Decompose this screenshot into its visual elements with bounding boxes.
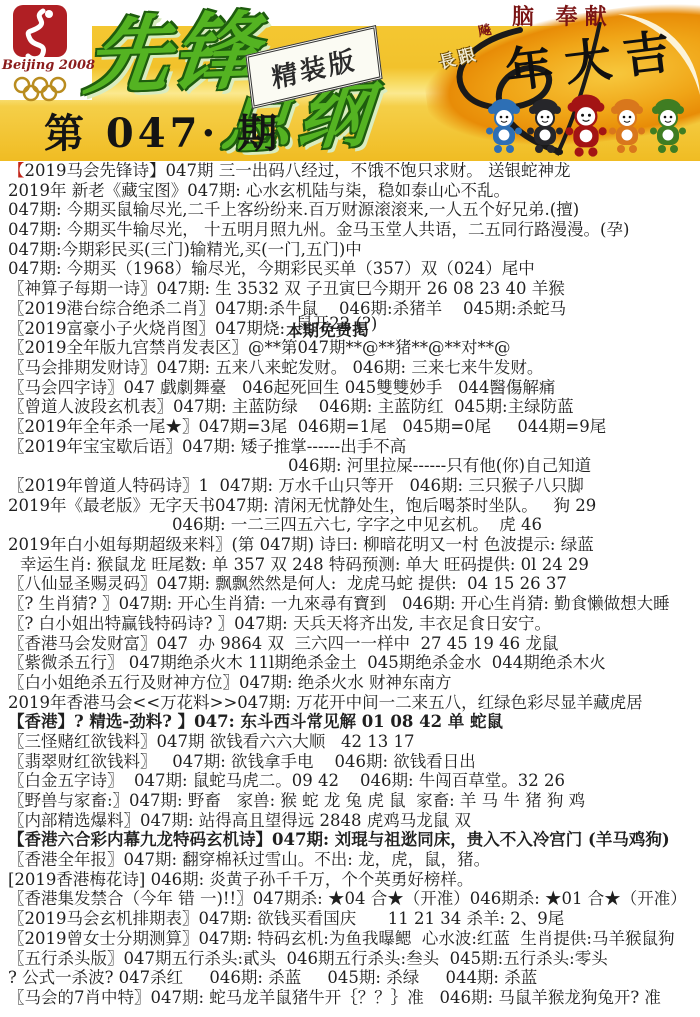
bulletin-line: 〖2019年宝宝歇后语〗047期: 矮子推掌------出手不高 [0,437,700,457]
yingying-orange-mascot [609,98,645,160]
bulletin-line: ? 公式一杀波? 047杀红 046期: 杀蓝 045期: 杀绿 044期: 杀… [0,968,700,988]
jingjing-panda-mascot [527,98,563,160]
bulletin-line: 【香港】? 精选-劲料? 】047: 东斗西斗常见解 01 08 42 单 蛇鼠 [0,712,700,732]
bulletin-line: 2019年白小姐每期超级来料〗(第 047期) 诗曰: 柳暗花明又一村 色波提示… [0,535,700,555]
bulletin-line: 〖三怪赌红欲钱料〗047期 欲钱看六六大顺 42 13 17 [0,732,700,752]
bulletin-line: 046期: 河里拉屎------只有他(你)自己知道 [0,456,700,476]
bulletin-line: 〖马会四字诗〗047 戯劇舞臺 046起死回生 045雙雙妙手 044醫傷解痛 [0,378,700,398]
bulletin-line: 幸运生肖: 猴鼠龙 旺尾数: 单 357 双 248 特码预测: 单大 旺码提供… [0,555,700,575]
bulletin-line: 〖马会的7肖中特〗047期: 蛇马龙羊鼠猪牛开｛？？｝准 046期: 马鼠羊猴龙… [0,988,700,1008]
bulletin-line: 〖神算子每期一诗〗047期: 生 3532 双 子丑寅巳今期开 26 08 23… [0,279,700,299]
bulletin-body: 【2019马会先锋诗】047期 三一出码八经过，不饿不饱只求财。 送银蛇神龙20… [0,161,700,1008]
bulletin-line: 【香港六合彩内幕九龙特码玄机诗】047期: 刘琨与祖逖同床，贵入不入冷宫门 (羊… [0,830,700,850]
bulletin-line: 〖2019全年版九宫禁肖发表区〗@**第047期**@**猪**@**对**@ [0,338,700,358]
top-right-slogan: 脑 奉献 [512,0,614,31]
bulletin-line: 〖? 生肖猜? 〗047期: 开心生肖猜: 一九來尋有寶到 046期: 开心生肖… [0,594,700,614]
bulletin-line: 047期:今期彩民买(三门)输精光,买(一门,五门)中 [0,240,700,260]
bulletin-line: 047期: 今期买牛输尽光， 十五明月照九州。金马玉堂人共语，二五同行路漫漫。(… [0,220,700,240]
bulletin-line: 2019年 新老《藏宝图》047期: 心水玄机陆与柒，稳如泰山心不乱。 [0,181,700,201]
bulletin-line: 〖2019富豪小子火烧肖图〗047期烧: 鼠开22 (?)本期免费掲 [0,319,700,339]
bulletin-line: 〖马会排期发财诗〗047期: 五来八来蛇发财。 046期: 三来七来牛发财。 [0,358,700,378]
bulletin-line: 〖2019曾女士分期测算〗047期: 特码玄机:为鱼我曝鳃 心水波:红蓝 生肖提… [0,929,700,949]
nini-green-mascot [650,98,686,160]
bulletin-line: 〖野兽与家畜:〗047期: 野畜 家兽: 猴 蛇 龙 兔 虎 鼠 家畜: 羊 马… [0,791,700,811]
bulletin-line: 046期: 一二三四五六七, 字字之中见玄机。 虎 46 [0,515,700,535]
bulletin-line: 〖白小姐绝杀五行及财神方位〗047期: 绝杀火水 财神东南方 [0,673,700,693]
bulletin-line: 047期: 今期买鼠输尽光,二千上客纷纷来.百万财源滚滚来,一人五个好兄弟.(擅… [0,200,700,220]
bulletin-line: 〖内部精选爆料〗047期: 站得高且望得远 2848 虎鸡马龙鼠 双 [0,811,700,831]
line-prefix: 【 [8,161,25,180]
bulletin-line: 〖香港全年报〗047期: 翻穿棉袄过雪山。不出: 龙，虎，鼠，猪。 [0,850,700,870]
masthead-banner: Beijing 2008 先锋 总纲 精装版 第 047· 期 脑 奉献 飚 長… [0,0,700,161]
beibei-blue-mascot [486,98,522,160]
olympic-rings-icon [8,76,90,104]
bulletin-line: 〖紫微杀五行〗 047期绝杀火木 11l期绝杀金土 045期绝杀金水 044期绝… [0,653,700,673]
bulletin-line: 2019年《最老版》无字天书047期: 清闲无忧静处生，饱后喝茶时坐队。 狗 2… [0,496,700,516]
bulletin-line: 〖八仙显圣赐灵码〗047期: 飘飘然然是何人: 龙虎马蛇 提供: 04 15 2… [0,574,700,594]
huanhuan-red-mascot [565,93,606,161]
overlay-text-1: 本期免费掲 [286,320,369,341]
bulletin-line: 【2019马会先锋诗】047期 三一出码八经过，不饿不饱只求财。 送银蛇神龙 [0,161,700,181]
beijing-2008-script: Beijing 2008 [2,58,90,73]
beijing-2008-emblem-icon [13,5,67,57]
bulletin-line: 〖2019年全年杀一尾★〗047期=3尾 046期=1尾 045期=0尾 044… [0,417,700,437]
issue-number-heading: 第 047· 期 [44,102,281,159]
bulletin-line: 〖2019马会玄机排期表〗047期: 欲钱买看国庆 11 21 34 杀羊: 2… [0,909,700,929]
bulletin-line: 〖? 白小姐出特赢钱特码诗? 〗047期: 天兵天将齐出发, 丰衣足食日安宁。 [0,614,700,634]
bulletin-line: 〖香港马会发财富〗047 办 9864 双 三六四一一样中 27 45 19 4… [0,634,700,654]
bulletin-line: 〖2019年曾道人特码诗〗1 047期: 万水千山只等开 046期: 三只猴子八… [0,476,700,496]
bulletin-line: 〖香港集发禁合（今年 错 一)!!〗047期杀: ★04 合★（开准）046期杀… [0,889,700,909]
bulletin-line: 047期: 今期买（1968）输尽光，今期彩民买单（357）双（024）尾中 [0,259,700,279]
edition-badge-label: 精装版 [269,39,358,96]
bulletin-line: 〖五行杀头版〗047期五行杀头:貳头 046期五行杀头:叁头 045期:五行杀头… [0,949,700,969]
bulletin-line: 〖白金五字诗〗 047期: 鼠蛇马虎二。09 42 046期: 牛闯百草堂。32… [0,771,700,791]
bulletin-line: 〖翡翠财红欲钱料〗 047期: 欲钱拿手电 046期: 欲钱看日出 [0,752,700,772]
fuwa-mascot-row [486,98,686,160]
overlapping-text-block: 鼠开22 (?)本期免费掲 [290,319,410,338]
bulletin-line: [2019香港梅花诗] 046期: 炎黄子孙千千万，个个英勇好榜样。 [0,870,700,890]
bulletin-line: 〖曾道人波段玄机表〗047期: 主蓝防绿 046期: 主蓝防红 045期:主绿防… [0,397,700,417]
bulletin-line: 2019年香港马会<<万花料>>047期: 万花开中间一二来五八，红绿色彩尽显羊… [0,693,700,713]
